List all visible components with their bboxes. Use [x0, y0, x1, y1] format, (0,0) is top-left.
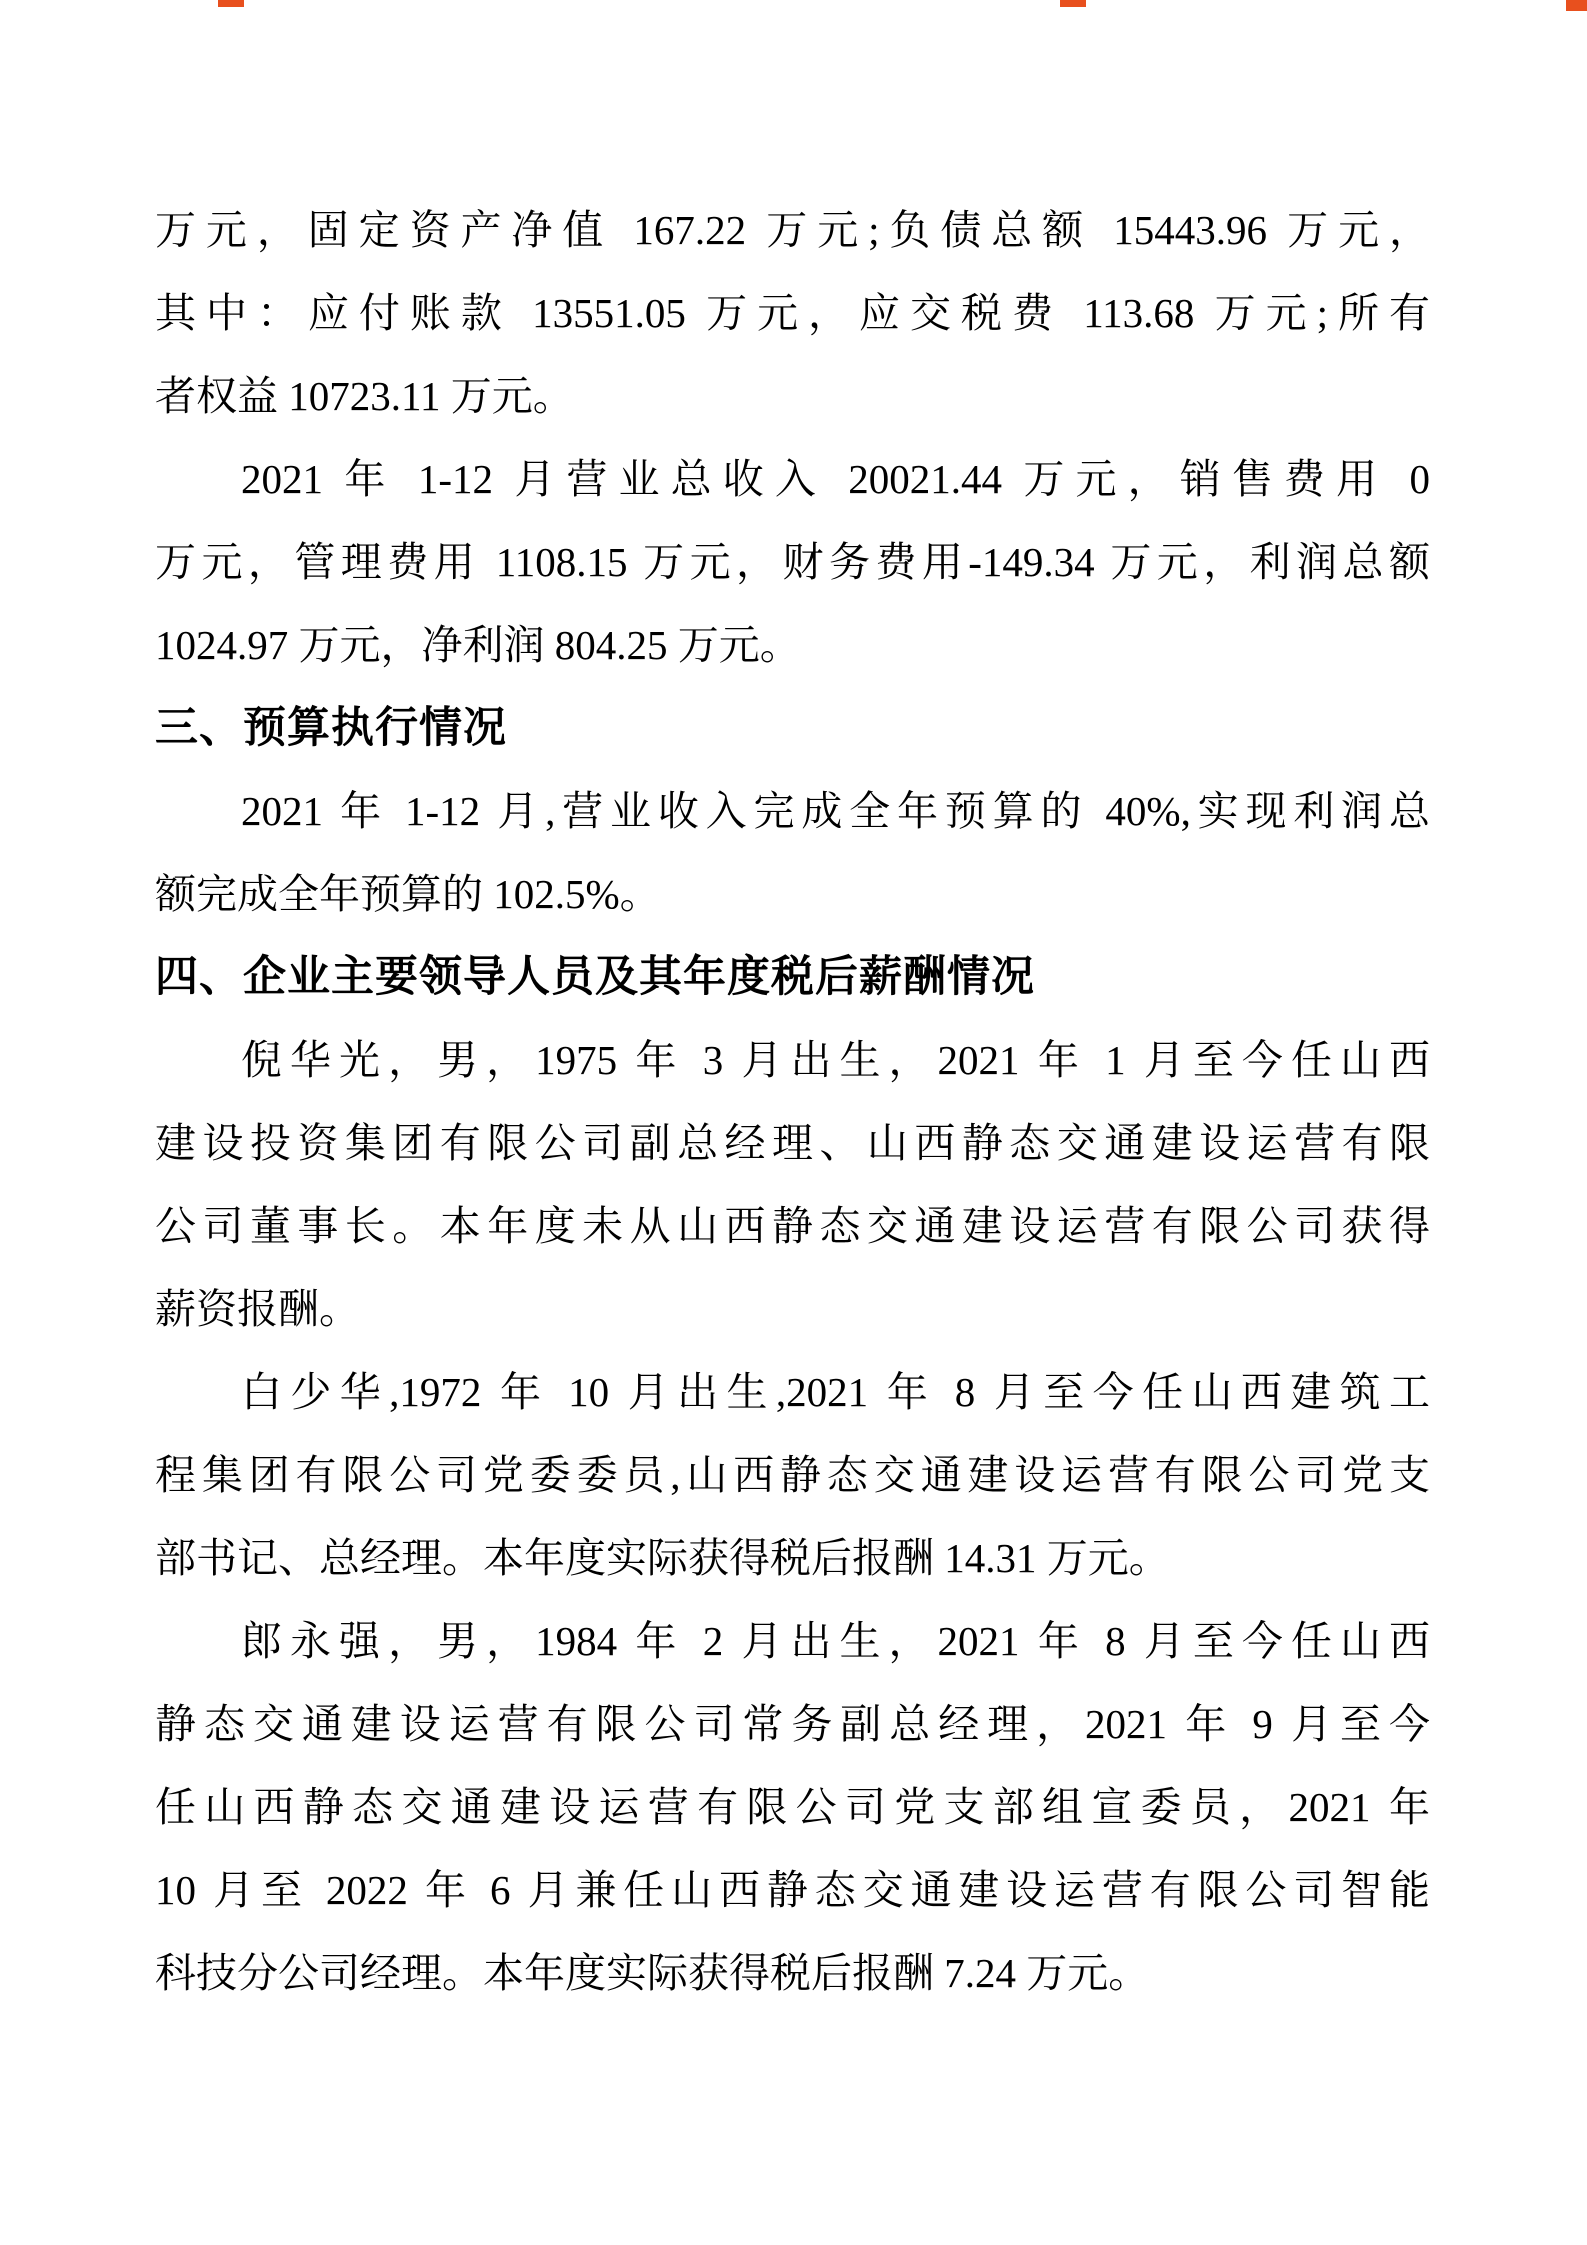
body-line: 倪华光，男，1975 年 3 月出生，2021 年 1 月至今任山西 [155, 1019, 1430, 1102]
body-line: 10 月至 2022 年 6 月兼任山西静态交通建设运营有限公司智能 [155, 1849, 1430, 1932]
body-line: 者权益 10723.11 万元。 [155, 355, 1430, 438]
section-heading-3: 三、预算执行情况 [155, 687, 1430, 770]
body-line: 其中：应付账款 13551.05 万元，应交税费 113.68 万元;所有 [155, 272, 1430, 355]
body-line: 科技分公司经理。本年度实际获得税后报酬 7.24 万元。 [155, 1932, 1430, 2015]
body-line: 部书记、总经理。本年度实际获得税后报酬 14.31 万元。 [155, 1517, 1430, 1600]
body-line: 郎永强，男，1984 年 2 月出生，2021 年 8 月至今任山西 [155, 1600, 1430, 1683]
document-content: 万元，固定资产净值 167.22 万元;负债总额 15443.96 万元， 其中… [155, 189, 1430, 2015]
page-edge-mark [1060, 0, 1086, 7]
body-line: 额完成全年预算的 102.5%。 [155, 853, 1430, 936]
page-edge-mark [1566, 0, 1587, 11]
body-line: 建设投资集团有限公司副总经理、山西静态交通建设运营有限 [155, 1102, 1430, 1185]
document-page: 万元，固定资产净值 167.22 万元;负债总额 15443.96 万元， 其中… [0, 0, 1587, 2245]
body-line: 公司董事长。本年度未从山西静态交通建设运营有限公司获得 [155, 1185, 1430, 1268]
body-line: 万元，管理费用 1108.15 万元，财务费用-149.34 万元，利润总额 [155, 521, 1430, 604]
body-line: 万元，固定资产净值 167.22 万元;负债总额 15443.96 万元， [155, 189, 1430, 272]
page-edge-mark [218, 0, 244, 7]
body-line: 静态交通建设运营有限公司常务副总经理，2021 年 9 月至今 [155, 1683, 1430, 1766]
body-line: 薪资报酬。 [155, 1268, 1430, 1351]
body-line: 任山西静态交通建设运营有限公司党支部组宣委员，2021 年 [155, 1766, 1430, 1849]
body-line: 2021 年 1-12 月营业总收入 20021.44 万元，销售费用 0 [155, 438, 1430, 521]
body-line: 白少华,1972 年 10 月出生,2021 年 8 月至今任山西建筑工 [155, 1351, 1430, 1434]
body-line: 2021 年 1-12 月,营业收入完成全年预算的 40%,实现利润总 [155, 770, 1430, 853]
section-heading-4: 四、企业主要领导人员及其年度税后薪酬情况 [155, 936, 1430, 1019]
body-line: 1024.97 万元，净利润 804.25 万元。 [155, 604, 1430, 687]
body-line: 程集团有限公司党委委员,山西静态交通建设运营有限公司党支 [155, 1434, 1430, 1517]
